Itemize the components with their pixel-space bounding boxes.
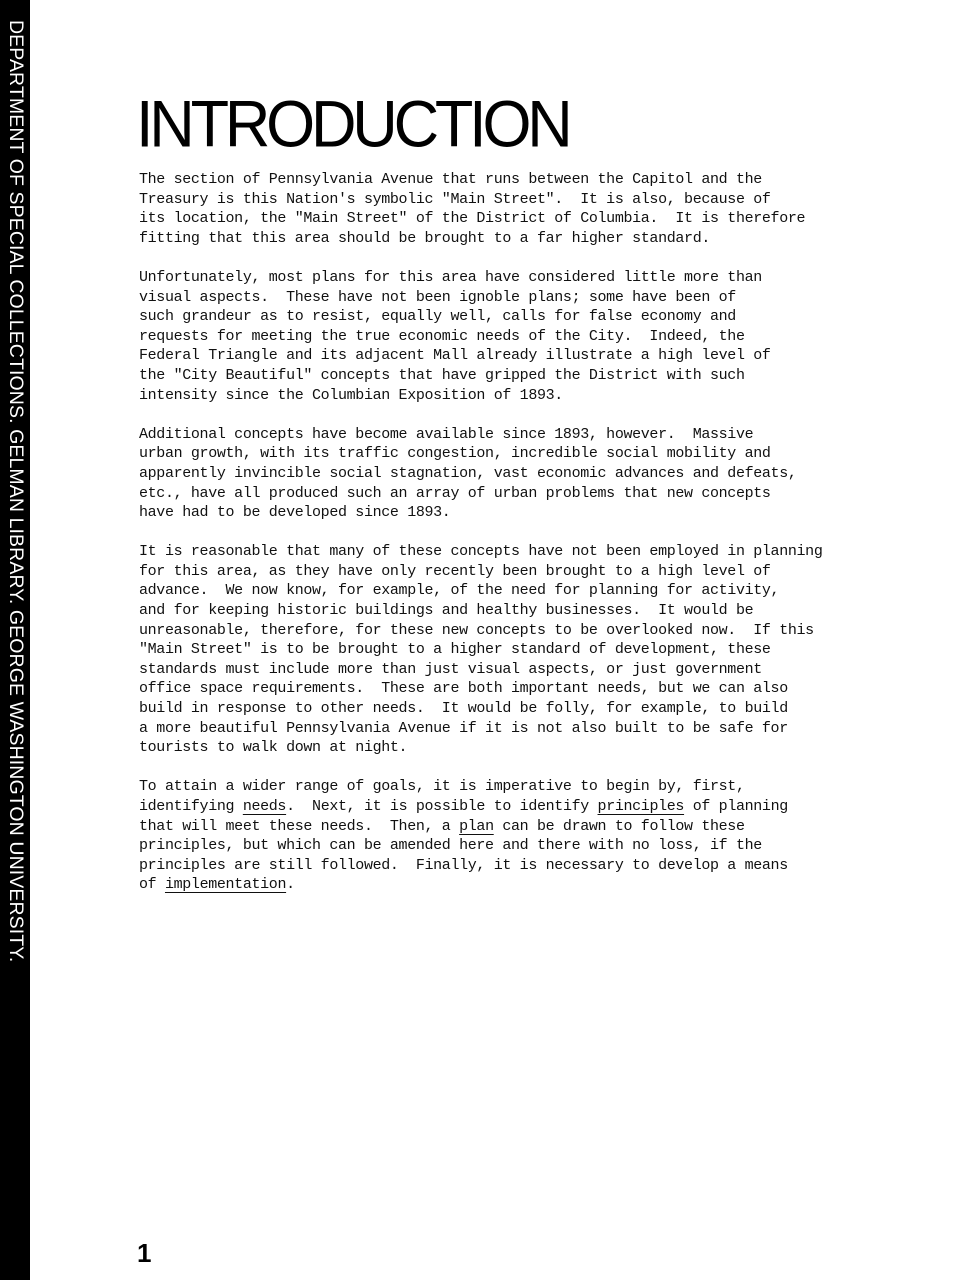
underlined-term: principles xyxy=(598,798,685,815)
page-title: INTRODUCTION xyxy=(136,92,569,158)
underlined-term: plan xyxy=(459,818,494,835)
page-number: 1 xyxy=(137,1238,151,1269)
paragraph-5: To attain a wider range of goals, it is … xyxy=(139,777,939,895)
underlined-term: needs xyxy=(243,798,286,815)
archive-credit-strip: DEPARTMENT OF SPECIAL COLLECTIONS. GELMA… xyxy=(0,0,30,1280)
document-body: The section of Pennsylvania Avenue that … xyxy=(139,170,939,915)
paragraph-3: Additional concepts have become availabl… xyxy=(139,425,939,523)
paragraph-4: It is reasonable that many of these conc… xyxy=(139,542,939,758)
underlined-term: implementation xyxy=(165,876,286,893)
archive-credit-text: DEPARTMENT OF SPECIAL COLLECTIONS. GELMA… xyxy=(5,20,25,962)
paragraph-2: Unfortunately, most plans for this area … xyxy=(139,268,939,405)
paragraph-1: The section of Pennsylvania Avenue that … xyxy=(139,170,939,248)
